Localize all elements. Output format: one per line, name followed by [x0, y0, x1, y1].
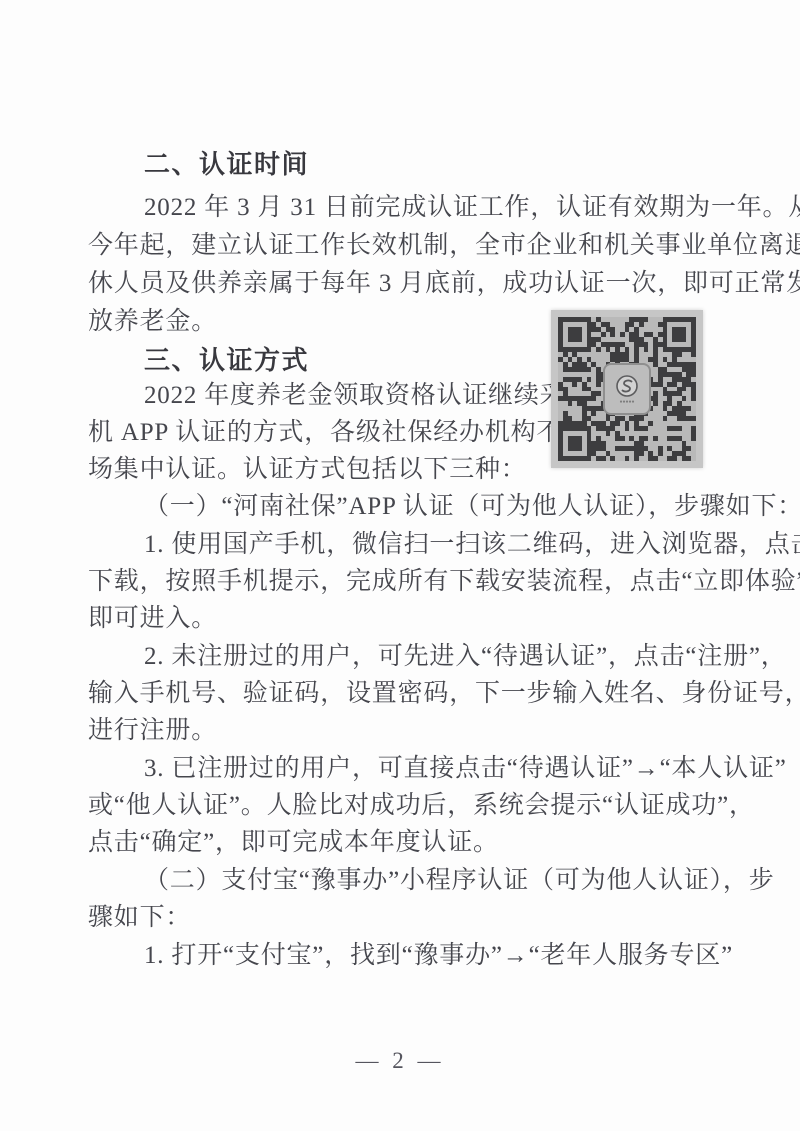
document-page: 二、认证时间 2022 年 3 月 31 日前完成认证工作，认证有效期为一年。从… — [0, 0, 800, 1131]
heading-certification-time: 二、认证时间 — [88, 149, 309, 179]
text-line: 场集中认证。认证方式包括以下三种： — [88, 455, 527, 485]
text-line: 1. 打开“支付宝”，找到“豫事办”→“老年人服务专区” — [88, 941, 733, 971]
text-line: 1. 使用国产手机，微信扫一扫该二维码，进入浏览器，点击 — [88, 530, 800, 560]
text-line: （一）“河南社保”APP 认证（可为他人认证），步骤如下： — [88, 492, 800, 522]
social-security-logo-icon: ●●●●● — [603, 363, 651, 415]
text-line: 休人员及供养亲属于每年 3 月底前，成功认证一次，即可正常发 — [88, 269, 800, 299]
qr-code-image: ●●●●● — [551, 310, 703, 468]
text-line: 2022 年 3 月 31 日前完成认证工作，认证有效期为一年。从 — [88, 193, 800, 223]
heading-certification-method: 三、认证方式 — [88, 345, 309, 375]
text-line: 2. 未注册过的用户，可先进入“待遇认证”，点击“注册”， — [88, 642, 787, 672]
text-line: 即可进入。 — [88, 604, 217, 634]
page-number: — 2 — — [0, 1048, 800, 1074]
text-line: 或“他人认证”。人脸比对成功后，系统会提示“认证成功”， — [88, 791, 755, 821]
text-line: 今年起，建立认证工作长效机制，全市企业和机关事业单位离退 — [88, 231, 800, 261]
text-line: 点击“确定”，即可完成本年度认证。 — [88, 828, 499, 858]
text-line: （二）支付宝“豫事办”小程序认证（可为他人认证），步 — [88, 866, 775, 896]
text-line: 放养老金。 — [88, 307, 217, 337]
text-line: 骤如下： — [88, 903, 191, 933]
text-line: 3. 已注册过的用户，可直接点击“待遇认证”→“本人认证” — [88, 754, 787, 784]
text-line: 输入手机号、验证码，设置密码，下一步输入姓名、身份证号， — [88, 679, 800, 709]
text-line: 2022 年度养老金领取资格认证继续采用手 — [88, 381, 617, 411]
text-line: 进行注册。 — [88, 716, 217, 746]
qr-logo-caption: ●●●●● — [619, 399, 634, 405]
text-line: 下载，按照手机提示，完成所有下载安装流程，点击“立即体验” — [88, 567, 800, 597]
